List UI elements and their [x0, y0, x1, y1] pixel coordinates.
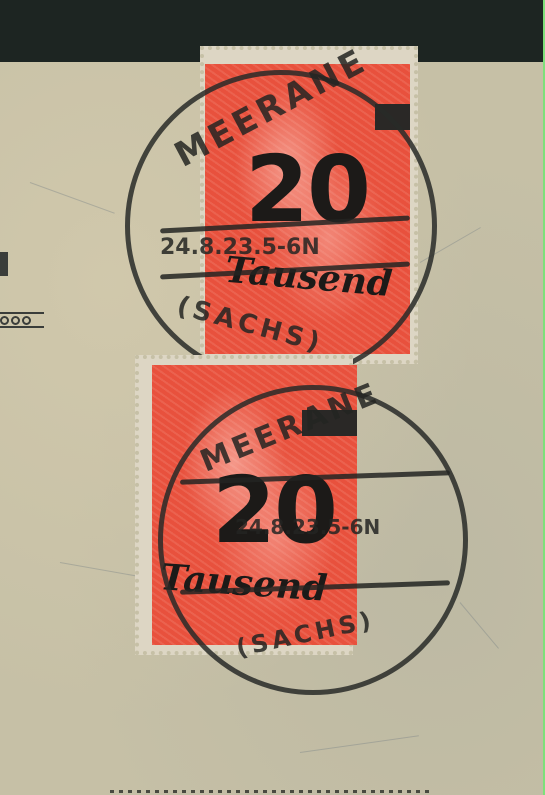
paper-fibre	[30, 182, 115, 214]
ornament-border-fragment	[0, 312, 44, 328]
dotted-line-fragment	[110, 790, 430, 793]
address-text-fragment	[0, 252, 8, 276]
paper-fibre	[460, 602, 499, 649]
paper-fibre	[300, 735, 419, 753]
postmark-date-upper: 24.8.23.5-6N	[160, 235, 320, 260]
postmark-date-lower: 24.8.23.5-6N	[235, 515, 380, 539]
